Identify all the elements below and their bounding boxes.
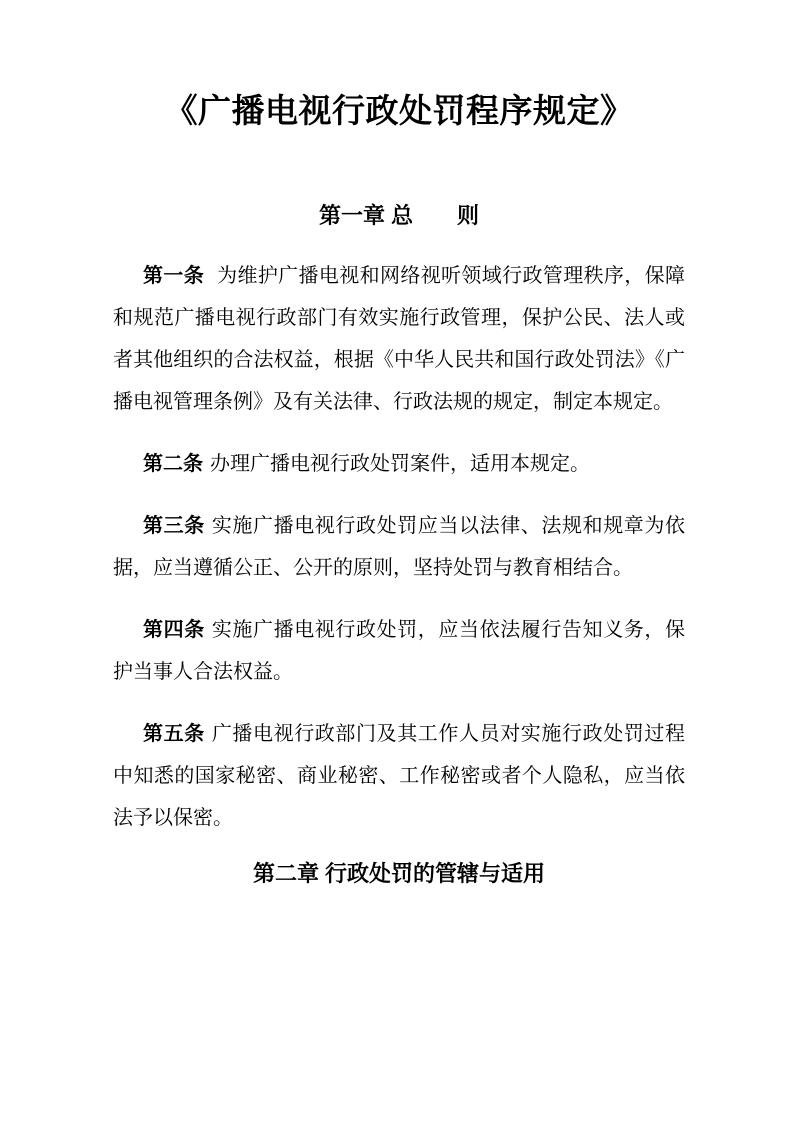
article-1: 第一条为维护广播电视和网络视听领域行政管理秩序，保障和规范广播电视行政部门有效实…: [113, 255, 685, 423]
article-1-text: 为维护广播电视和网络视听领域行政管理秩序，保障和规范广播电视行政部门有效实施行政…: [113, 265, 685, 413]
article-5-label: 第五条: [143, 723, 205, 745]
article-2: 第二条办理广播电视行政处罚案件，适用本规定。: [113, 443, 685, 485]
article-2-text: 办理广播电视行政处罚案件，适用本规定。: [210, 453, 590, 475]
document-title: 《广播电视行政处罚程序规定》: [113, 0, 685, 132]
document-page: 《广播电视行政处罚程序规定》 第一章 总 则 第一条为维护广播电视和网络视听领域…: [0, 0, 793, 1122]
article-1-label: 第一条: [143, 265, 204, 287]
chapter-1-heading: 第一章 总 则: [113, 201, 685, 231]
article-3-label: 第三条: [143, 515, 205, 537]
article-4-label: 第四条: [143, 619, 205, 641]
article-4: 第四条实施广播电视行政处罚，应当依法履行告知义务，保护当事人合法权益。: [113, 609, 685, 693]
article-2-label: 第二条: [143, 453, 203, 475]
chapter-2-heading: 第二章 行政处罚的管辖与适用: [113, 859, 685, 889]
document-content: 《广播电视行政处罚程序规定》 第一章 总 则 第一条为维护广播电视和网络视听领域…: [0, 0, 793, 889]
article-3: 第三条实施广播电视行政处罚应当以法律、法规和规章为依据，应当遵循公正、公开的原则…: [113, 505, 685, 589]
article-5: 第五条广播电视行政部门及其工作人员对实施行政处罚过程中知悉的国家秘密、商业秘密、…: [113, 713, 685, 839]
